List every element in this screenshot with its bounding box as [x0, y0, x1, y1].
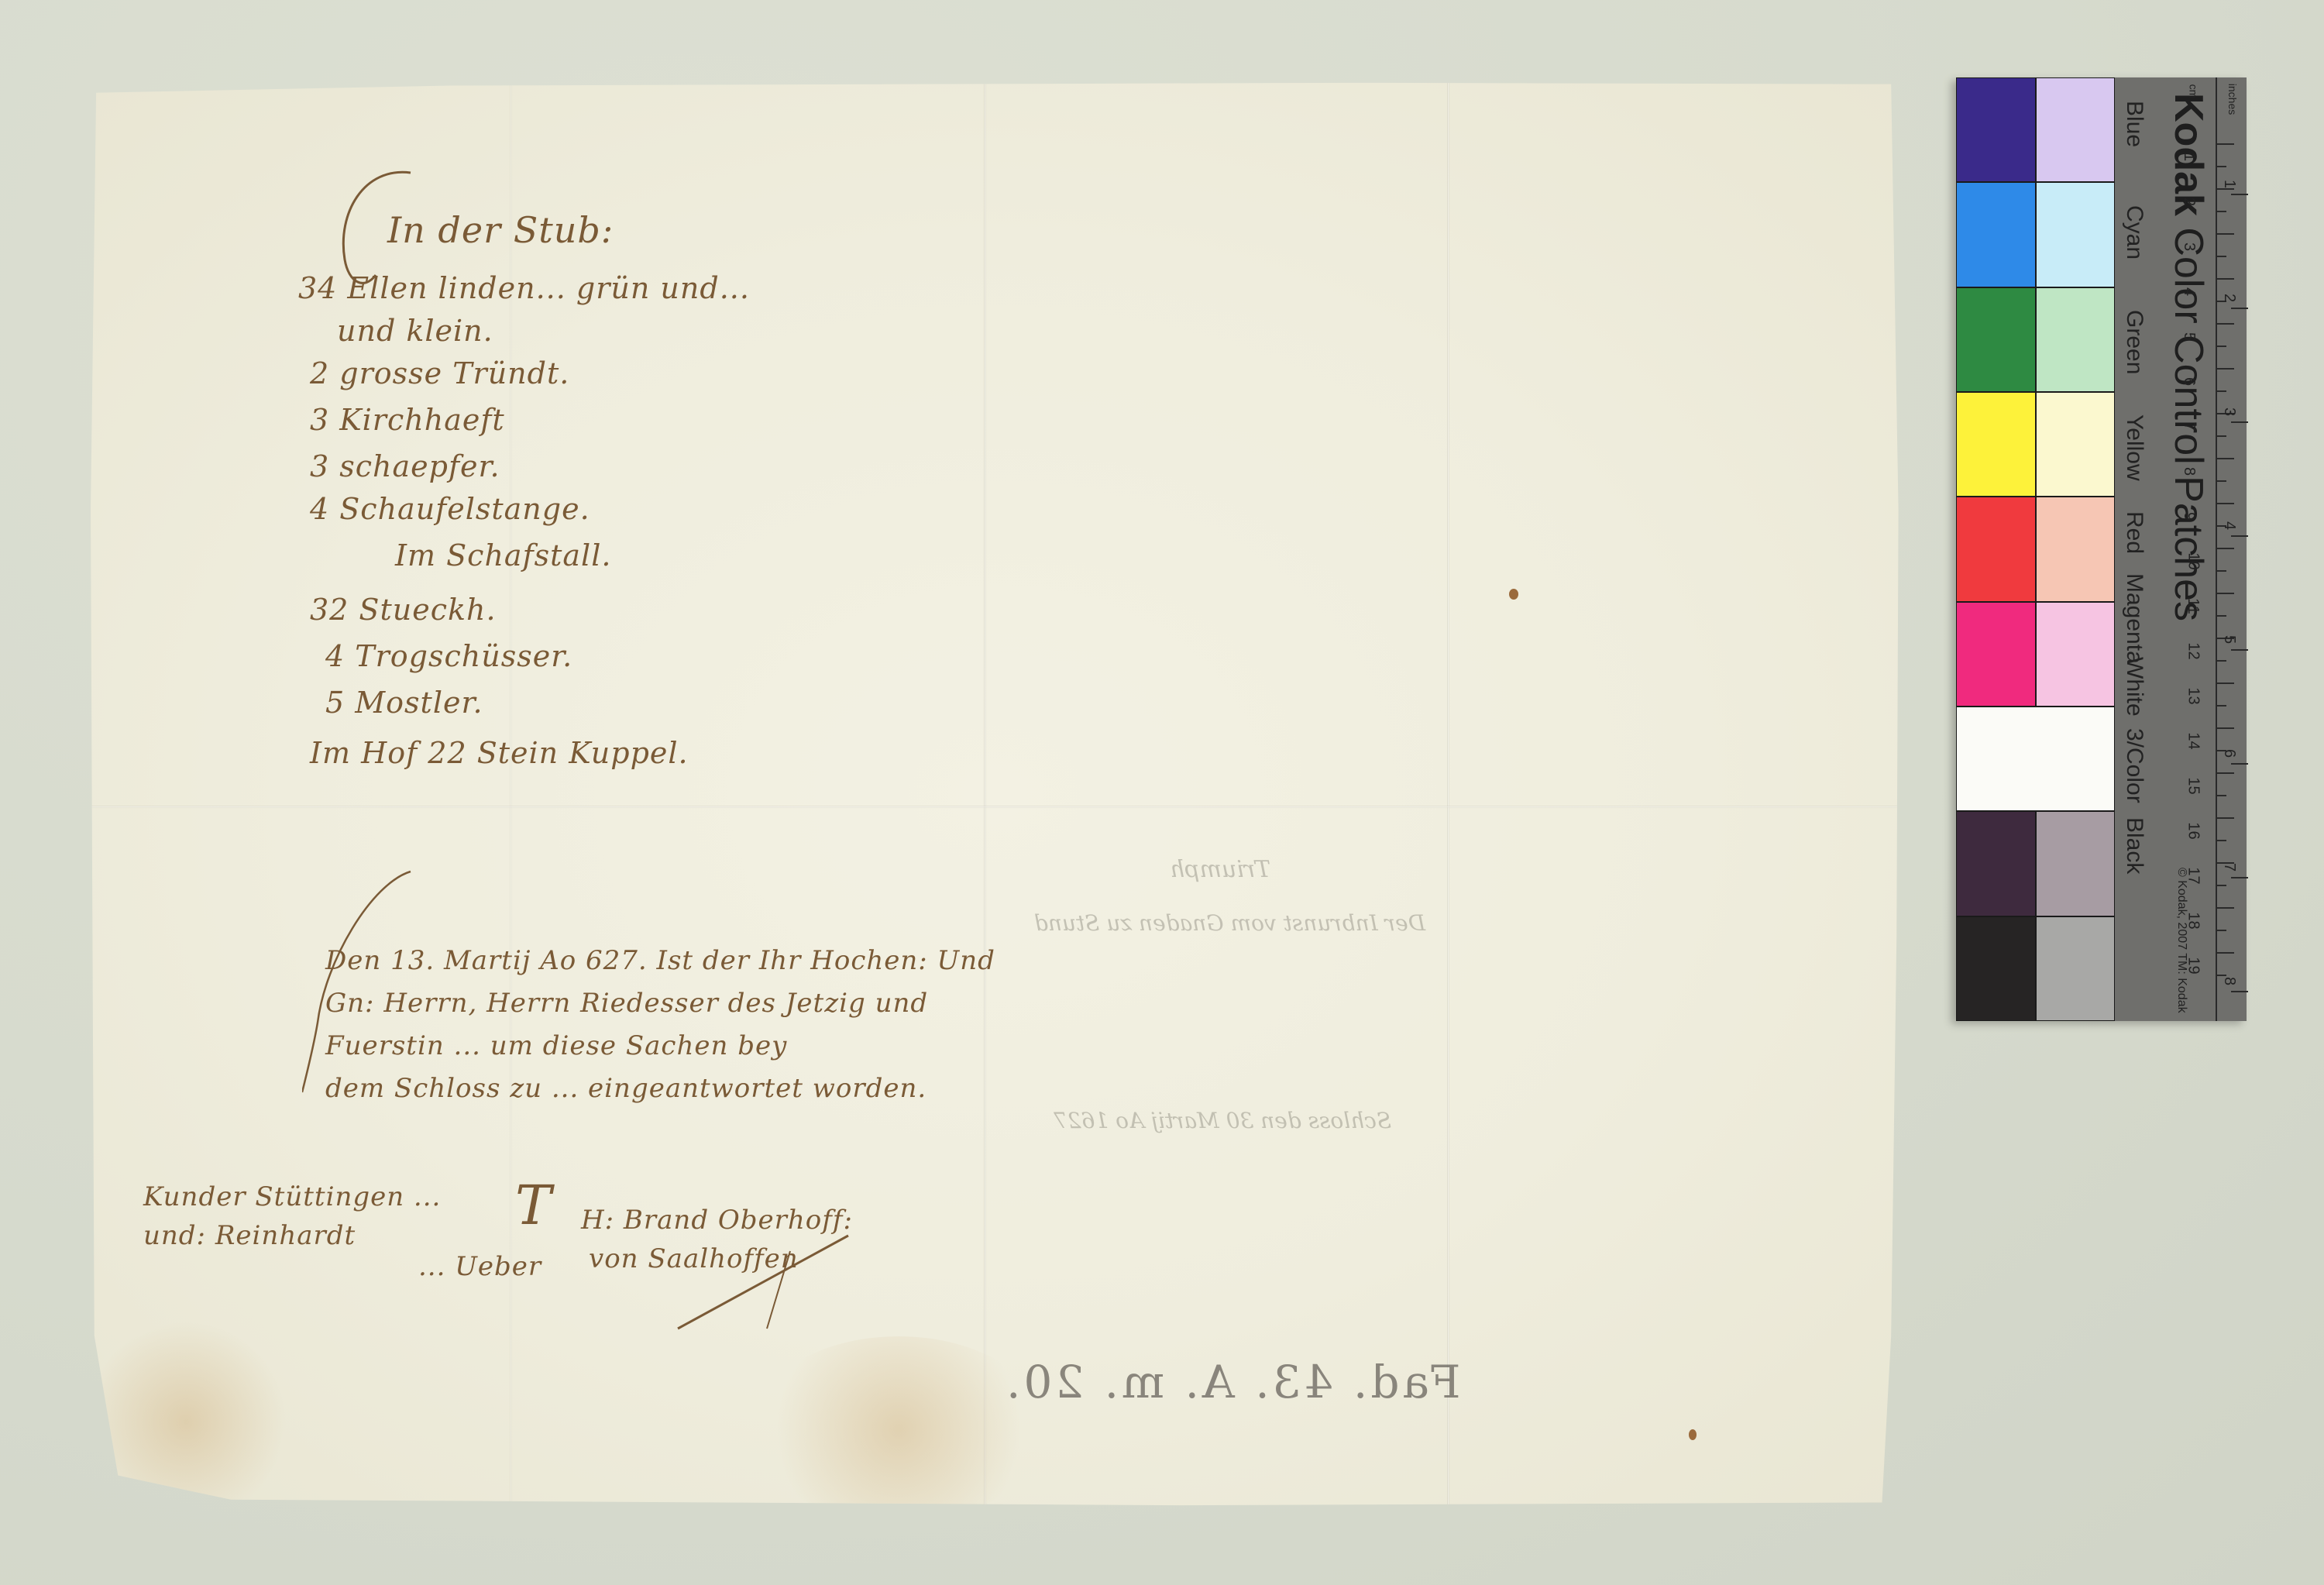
ruler-cm-number: 4 [2180, 287, 2198, 296]
ruler-inch-number: 6 [2220, 749, 2238, 758]
signature-right-line1: H: Brand Oberhoff: [581, 1205, 853, 1236]
bleed-through-line: Schloss den 30 Martij Ao 1627 [1054, 1108, 1391, 1133]
ruler-cm-number: 13 [2185, 687, 2202, 704]
inventory-line: 5 Mostler. [325, 686, 483, 720]
patch-red-light [2036, 497, 2116, 601]
ruler-cm-number: 18 [2185, 912, 2202, 929]
ruler-tick [2231, 763, 2248, 765]
ruler-tick [2217, 368, 2234, 370]
patch-blue-light [2036, 77, 2116, 182]
ruler-tick [2217, 593, 2234, 594]
patch-label: White [2121, 657, 2147, 717]
patch-label: Green [2121, 310, 2147, 374]
ruler-tick [2231, 308, 2248, 309]
ruler-tick [2217, 795, 2226, 796]
patch-label: Cyan [2121, 205, 2147, 260]
shelfmark-mirrored: Fad. 43. A. m. 20. [1003, 1356, 1460, 1408]
ruler-tick [2217, 211, 2226, 212]
patch-magenta-light [2036, 602, 2116, 707]
inventory-line: 3 Kirchhaeft [310, 403, 505, 437]
ruler-cm-number: 1 [2180, 153, 2198, 161]
bleed-through-heading: Triumph [1170, 856, 1270, 883]
ruler-cm-number: 14 [2185, 732, 2202, 749]
ruler-inch-number: 7 [2220, 863, 2238, 872]
ruler-inch-number: 8 [2220, 977, 2238, 985]
ruler-tick [2217, 390, 2226, 392]
ruler-inch-number: 5 [2220, 635, 2238, 644]
ruler-cm-number: 9 [2180, 512, 2198, 521]
note-flourish-icon [302, 868, 426, 1100]
inventory-line: 4 Schaufelstange. [310, 492, 590, 526]
note-line: Den 13. Martij Ao 627. Ist der Ihr Hoche… [325, 945, 995, 976]
inventory-line: Im Hof 22 Stein Kuppel. [310, 736, 689, 770]
ruler-tick [2217, 233, 2234, 235]
patch-label: Black [2121, 817, 2147, 874]
ruler-tick [2217, 458, 2234, 459]
ruler-cm-number: 10 [2185, 552, 2202, 569]
ruler-tick [2217, 503, 2234, 504]
ruler-tick [2217, 323, 2234, 325]
ruler-tick [2217, 435, 2226, 437]
inventory-line: 4 Trogschüsser. [325, 639, 572, 673]
ruler-cm-number: 7 [2180, 422, 2198, 431]
ruler-cm-number: 12 [2185, 642, 2202, 659]
fold-line-horizontal [85, 806, 1906, 808]
patch-green-light [2036, 287, 2116, 392]
patch-3color-dark [1956, 811, 2036, 916]
inventory-heading: In der Stub: [387, 209, 614, 251]
note-line: Gn: Herrn, Herrn Riedesser des Jetzig un… [325, 988, 928, 1019]
ruler-cm-number: 6 [2180, 377, 2198, 386]
ruler-cm-number: 16 [2185, 822, 2202, 839]
ruler-unit-inches: inches [2226, 84, 2239, 115]
ruler-cm-number: 3 [2180, 242, 2198, 251]
patch-labels: Blue Cyan Green Yellow Red Magenta White… [2115, 77, 2169, 1021]
patch-label: Yellow [2121, 414, 2147, 481]
bleed-through-line: Der Inbrunst vom Gnaden zu Stund [1034, 910, 1425, 936]
ruler-tick [2217, 188, 2234, 190]
color-patch-grid [1956, 77, 2115, 1021]
fold-line-vertical-right [1447, 81, 1449, 1507]
inventory-line: 34 Ellen linden... grün und... [298, 271, 750, 305]
ruler-tick [2217, 143, 2234, 145]
ruler-tick [2217, 278, 2234, 280]
ruler-tick [2231, 877, 2248, 878]
ink-spot [1689, 1429, 1697, 1440]
document-sheet: In der Stub: 34 Ellen linden... grün und… [85, 81, 1906, 1507]
patch-green-dark [1956, 287, 2036, 392]
ruler-tick [2217, 772, 2234, 774]
note-line: dem Schloss zu ... eingeantwortet worden… [325, 1073, 927, 1104]
ruler-tick [2217, 480, 2226, 482]
patch-yellow-dark [1956, 392, 2036, 497]
ruler-tick [2217, 930, 2226, 931]
ruler-inch-number: 4 [2220, 521, 2238, 530]
ruler-tick [2217, 907, 2234, 909]
ruler-tick [2217, 660, 2226, 662]
signature-right-initial: T [515, 1174, 552, 1237]
ruler-unit-cm: cm [2187, 84, 2199, 99]
inventory-line: 2 grosse Tründt. [310, 356, 569, 390]
patch-red-dark [1956, 497, 2036, 601]
ruler-cm-number: 15 [2185, 777, 2202, 794]
inventory-line: Im Schafstall. [395, 538, 611, 572]
patch-magenta-dark [1956, 602, 2036, 707]
patch-label: Red [2121, 511, 2147, 554]
ruler-tick [2231, 421, 2248, 423]
ruler-tick [2217, 615, 2226, 617]
ruler-tick [2217, 705, 2226, 707]
ruler-tick [2217, 817, 2234, 819]
ruler-cm-number: 5 [2180, 332, 2198, 341]
signature-right-line2: von Saalhoffen [589, 1243, 799, 1274]
inventory-line: 3 schaepfer. [310, 449, 500, 483]
ruler-tick [2217, 952, 2234, 954]
signature-left-line2: und: Reinhardt [143, 1220, 356, 1251]
ruler-tick [2217, 840, 2226, 841]
ruler-tick [2217, 727, 2234, 729]
ruler-tick [2231, 991, 2248, 992]
ruler-tick [2217, 570, 2226, 572]
ruler-tick [2231, 194, 2248, 195]
patch-black-light [2036, 916, 2116, 1021]
ruler-tick [2217, 975, 2226, 976]
patch-black-dark [1956, 916, 2036, 1021]
measurement-ruler: cm inches 123456789101112131415161718191… [2216, 77, 2248, 1021]
ruler-inch-number: 2 [2220, 294, 2238, 302]
ruler-tick [2217, 682, 2234, 684]
ruler-cm-number: 17 [2185, 867, 2202, 884]
kodak-title: Kodak Color Control Patches [2165, 93, 2212, 621]
patch-yellow-light [2036, 392, 2116, 497]
ruler-cm-number: 8 [2180, 467, 2198, 476]
patch-3color-light [2036, 811, 2116, 916]
patch-label: Magenta [2121, 573, 2147, 664]
patch-blue-dark [1956, 77, 2036, 182]
inventory-line: 32 Stueckh. [310, 593, 497, 627]
signature-left-mark: ... Ueber [418, 1251, 541, 1282]
patch-label: Blue [2121, 101, 2147, 147]
ruler-tick [2217, 346, 2226, 347]
ruler-cm-number: 2 [2180, 198, 2198, 206]
patch-white [1956, 707, 2115, 811]
inventory-line: und klein. [337, 314, 493, 348]
kodak-copyright: © Kodak, 2007 TM: Kodak [2174, 868, 2188, 1013]
kodak-color-control-strip: Blue Cyan Green Yellow Red Magenta White… [1956, 77, 2247, 1021]
fold-line-vertical-center [984, 81, 986, 1507]
ruler-inch-number: 3 [2220, 407, 2238, 416]
patch-cyan-dark [1956, 182, 2036, 287]
ruler-tick [2217, 885, 2226, 886]
note-line: Fuerstin ... um diese Sachen bey [325, 1030, 787, 1061]
ruler-tick [2231, 535, 2248, 537]
ruler-tick [2217, 256, 2226, 257]
signature-left-line1: Kunder Stüttingen ... [143, 1181, 441, 1212]
patch-cyan-light [2036, 182, 2116, 287]
ruler-cm-number: 19 [2185, 957, 2202, 974]
ruler-cm-number: 11 [2184, 598, 2202, 614]
ruler-inch-number: 1 [2220, 180, 2238, 188]
patch-label: 3/Color [2121, 728, 2147, 803]
ruler-tick [2231, 649, 2248, 651]
ruler-tick [2217, 548, 2234, 549]
ink-spot [1509, 589, 1518, 600]
stain [751, 1336, 1046, 1522]
ruler-tick [2217, 166, 2226, 167]
